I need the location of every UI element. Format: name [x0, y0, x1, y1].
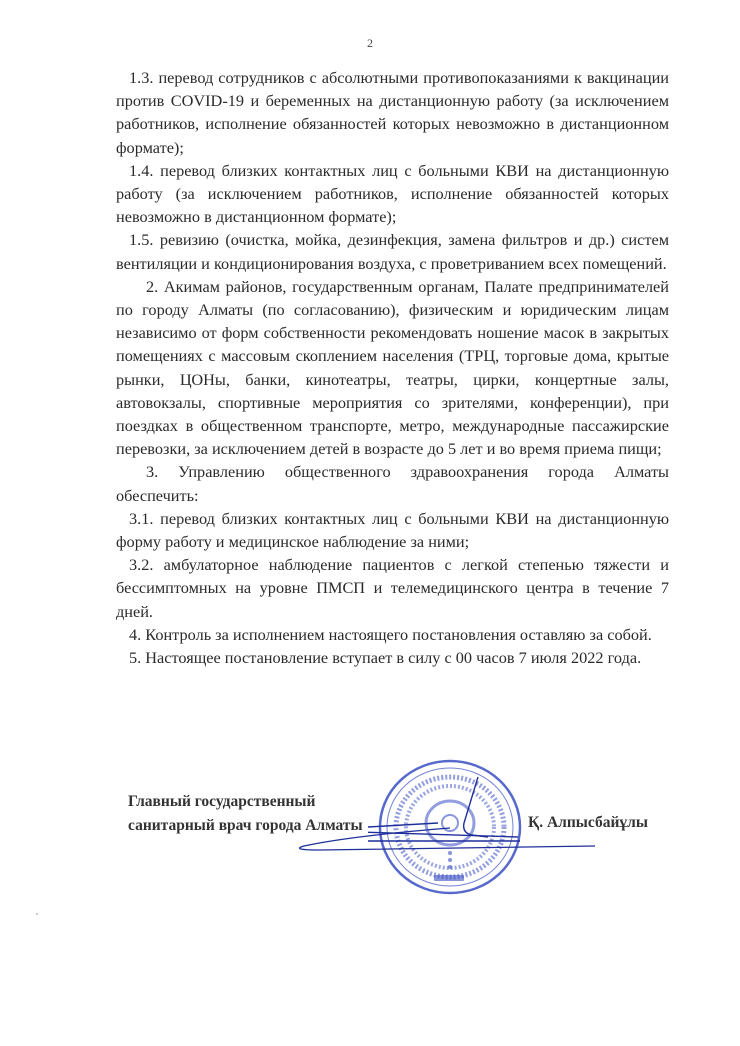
paragraph-3-1: 3.1. перевод близких контактных лиц с бо… — [116, 507, 669, 553]
paragraph-1-4: 1.4. перевод близких контактных лиц с бо… — [116, 159, 669, 229]
document-body: 1.3. перевод сотрудников с абсолютными п… — [116, 66, 669, 669]
page-number: 2 — [0, 36, 740, 51]
paragraph-3: 3. Управлению общественного здравоохране… — [116, 460, 669, 506]
paragraph-3-2: 3.2. амбулаторное наблюдение пациентов с… — [116, 553, 669, 623]
paragraph-5: 5. Настоящее постановление вступает в си… — [116, 646, 669, 669]
signature-stroke-icon — [290, 826, 600, 856]
signatory-title-line-1: Главный государственный — [128, 790, 363, 814]
paragraph-1-5: 1.5. ревизию (очистка, мойка, дезинфекци… — [116, 228, 669, 274]
paragraph-4: 4. Контроль за исполнением настоящего по… — [116, 623, 669, 646]
paragraph-2: 2. Акимам районов, государственным орган… — [116, 275, 669, 461]
scan-speck — [36, 913, 38, 915]
paragraph-1-3: 1.3. перевод сотрудников с абсолютными п… — [116, 66, 669, 159]
